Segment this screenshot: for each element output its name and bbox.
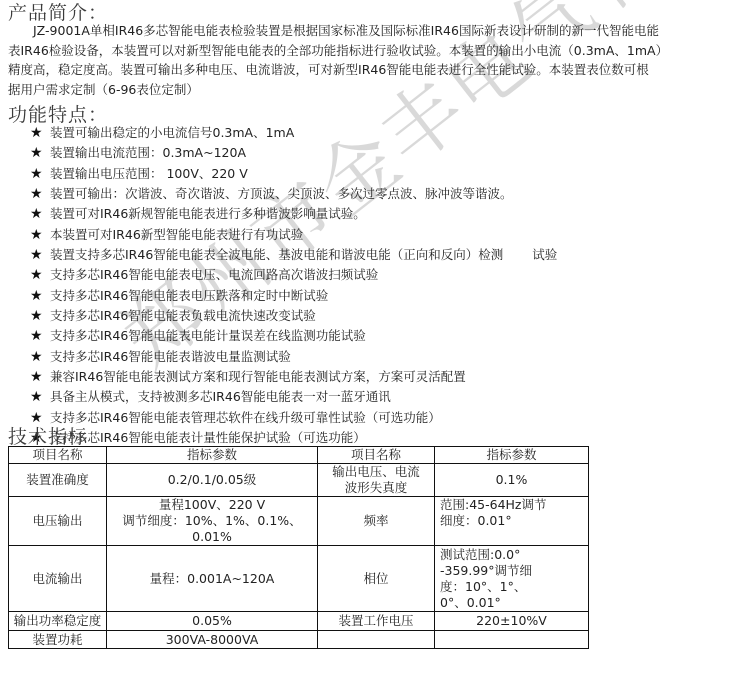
intro-paragraph: JZ-9001A单相IR46多芯智能电能表检验装置是根据国家标准及国际标准IR4… [8, 21, 730, 99]
feature-text: 支持多芯IR46智能电能表计量性能保护试验（可选功能） [50, 430, 366, 445]
feature-item: ★装置输出电流范围：0.3mA~120A [30, 143, 557, 163]
header-cell: 项目名称 [9, 447, 107, 464]
feature-text: 兼容IR46智能电能表测试方案和现行智能电能表测试方案，方案可灵活配置 [50, 369, 466, 384]
star-icon: ★ [30, 348, 50, 367]
feature-item: ★支持多芯IR46智能电能表电能计量误差在线监测功能试验 [30, 326, 557, 346]
feature-item: ★装置可对IR46新规智能电能表进行多种谐波影响量试验。 [30, 204, 557, 224]
feature-text: 支持多芯IR46智能电能表电能计量误差在线监测功能试验 [50, 328, 366, 343]
star-icon: ★ [30, 388, 50, 407]
table-row: 电压输出 量程100V、220 V 调节细度：10%、1%、0.1%、 0.01… [9, 497, 589, 546]
feature-text: 本装置可对IR46新型智能电能表进行有功试验 [50, 227, 303, 242]
table-header-row: 项目名称 指标参数 项目名称 指标参数 [9, 447, 589, 464]
table-cell: 输出功率稳定度 [9, 612, 107, 631]
feature-item: ★支持多芯IR46智能电能表管理芯软件在线升级可靠性试验（可选功能） [30, 408, 557, 428]
table-cell: 220±10%V [435, 612, 589, 631]
star-icon: ★ [30, 124, 50, 143]
feature-item: ★装置可输出：次谐波、奇次谐波、方顶波、尖顶波、多次过零点波、脉冲波等谐波。 [30, 184, 557, 204]
star-icon: ★ [30, 185, 50, 204]
table-cell: 量程100V、220 V 调节细度：10%、1%、0.1%、 0.01% [107, 497, 318, 546]
table-cell: 电流输出 [9, 546, 107, 612]
feature-text: 支持多芯IR46智能电能表电压、电流回路高次谐波扫频试验 [50, 267, 378, 282]
star-icon: ★ [30, 287, 50, 306]
specs-table: 项目名称 指标参数 项目名称 指标参数 装置准确度 0.2/0.1/0.05级 … [8, 446, 589, 649]
table-cell: 装置功耗 [9, 631, 107, 649]
feature-text: 装置支持多芯IR46智能电能表全波电能、基波电能和谐波电能（正向和反向）检测 试… [50, 247, 557, 262]
table-cell: 0.05% [107, 612, 318, 631]
feature-item: ★具备主从模式，支持被测多芯IR46智能电能表一对一蓝牙通讯 [30, 387, 557, 407]
table-cell [435, 631, 589, 649]
table-row: 输出功率稳定度 0.05% 装置工作电压 220±10%V [9, 612, 589, 631]
table-row: 电流输出 量程：0.001A~120A 相位 测试范围:0.0° -359.99… [9, 546, 589, 612]
feature-item: ★支持多芯IR46智能电能表负载电流快速改变试验 [30, 306, 557, 326]
table-cell: 300VA-8000VA [107, 631, 318, 649]
star-icon: ★ [30, 368, 50, 387]
star-icon: ★ [30, 165, 50, 184]
feature-text: 支持多芯IR46智能电能表电压跌落和定时中断试验 [50, 288, 328, 303]
intro-line: 据用户需求定制（6-96表位定制） [8, 80, 730, 100]
feature-item: ★支持多芯IR46智能电能表电压、电流回路高次谐波扫频试验 [30, 265, 557, 285]
intro-line: 精度高，稳定度高。装置可输出多种电压、电流谐波，可对新型IR46智能电能表进行全… [8, 60, 730, 80]
feature-text: 装置可对IR46新规智能电能表进行多种谐波影响量试验。 [50, 206, 366, 221]
feature-text: 装置可输出：次谐波、奇次谐波、方顶波、尖顶波、多次过零点波、脉冲波等谐波。 [50, 186, 513, 201]
feature-item: ★装置输出电压范围： 100V、220 V [30, 164, 557, 184]
header-cell: 项目名称 [318, 447, 435, 464]
section-title-specs: 技术指标 [8, 422, 88, 449]
header-cell: 指标参数 [107, 447, 318, 464]
table-cell: 装置准确度 [9, 464, 107, 497]
feature-text: 支持多芯IR46智能电能表管理芯软件在线升级可靠性试验（可选功能） [50, 410, 441, 425]
feature-item: ★装置支持多芯IR46智能电能表全波电能、基波电能和谐波电能（正向和反向）检测 … [30, 245, 557, 265]
intro-line: 表IR46检验设备，本装置可以对新型智能电能表的全部功能指标进行验收试验。本装置… [8, 41, 730, 61]
table-row: 装置功耗 300VA-8000VA [9, 631, 589, 649]
intro-line: JZ-9001A单相IR46多芯智能电能表检验装置是根据国家标准及国际标准IR4… [8, 21, 730, 41]
table-row: 装置准确度 0.2/0.1/0.05级 输出电压、电流 波形失真度 0.1% [9, 464, 589, 497]
feature-text: 装置输出电流范围：0.3mA~120A [50, 145, 246, 160]
table-cell [318, 631, 435, 649]
star-icon: ★ [30, 144, 50, 163]
star-icon: ★ [30, 246, 50, 265]
feature-text: 装置输出电压范围： 100V、220 V [50, 166, 248, 181]
table-cell: 量程：0.001A~120A [107, 546, 318, 612]
feature-text: 支持多芯IR46智能电能表负载电流快速改变试验 [50, 308, 316, 323]
feature-text: 装置可输出稳定的小电流信号0.3mA、1mA [50, 125, 294, 140]
table-cell: 测试范围:0.0° -359.99°调节细 度：10°、1°、 0°、0.01° [435, 546, 589, 612]
table-cell: 装置工作电压 [318, 612, 435, 631]
star-icon: ★ [30, 327, 50, 346]
feature-item: ★装置可输出稳定的小电流信号0.3mA、1mA [30, 123, 557, 143]
feature-item: ★本装置可对IR46新型智能电能表进行有功试验 [30, 225, 557, 245]
feature-item: ★兼容IR46智能电能表测试方案和现行智能电能表测试方案，方案可灵活配置 [30, 367, 557, 387]
table-cell: 范围:45-64Hz调节 细度：0.01° [435, 497, 589, 546]
feature-list: ★装置可输出稳定的小电流信号0.3mA、1mA ★装置输出电流范围：0.3mA~… [30, 123, 557, 449]
table-cell: 频率 [318, 497, 435, 546]
star-icon: ★ [30, 266, 50, 285]
table-cell: 相位 [318, 546, 435, 612]
star-icon: ★ [30, 205, 50, 224]
star-icon: ★ [30, 307, 50, 326]
feature-text: 具备主从模式，支持被测多芯IR46智能电能表一对一蓝牙通讯 [50, 389, 391, 404]
table-cell: 0.1% [435, 464, 589, 497]
table-cell: 电压输出 [9, 497, 107, 546]
table-cell: 输出电压、电流 波形失真度 [318, 464, 435, 497]
header-cell: 指标参数 [435, 447, 589, 464]
feature-text: 支持多芯IR46智能电能表谐波电量监测试验 [50, 349, 291, 364]
feature-item: ★支持多芯IR46智能电能表谐波电量监测试验 [30, 347, 557, 367]
feature-item: ★支持多芯IR46智能电能表电压跌落和定时中断试验 [30, 286, 557, 306]
star-icon: ★ [30, 226, 50, 245]
table-cell: 0.2/0.1/0.05级 [107, 464, 318, 497]
